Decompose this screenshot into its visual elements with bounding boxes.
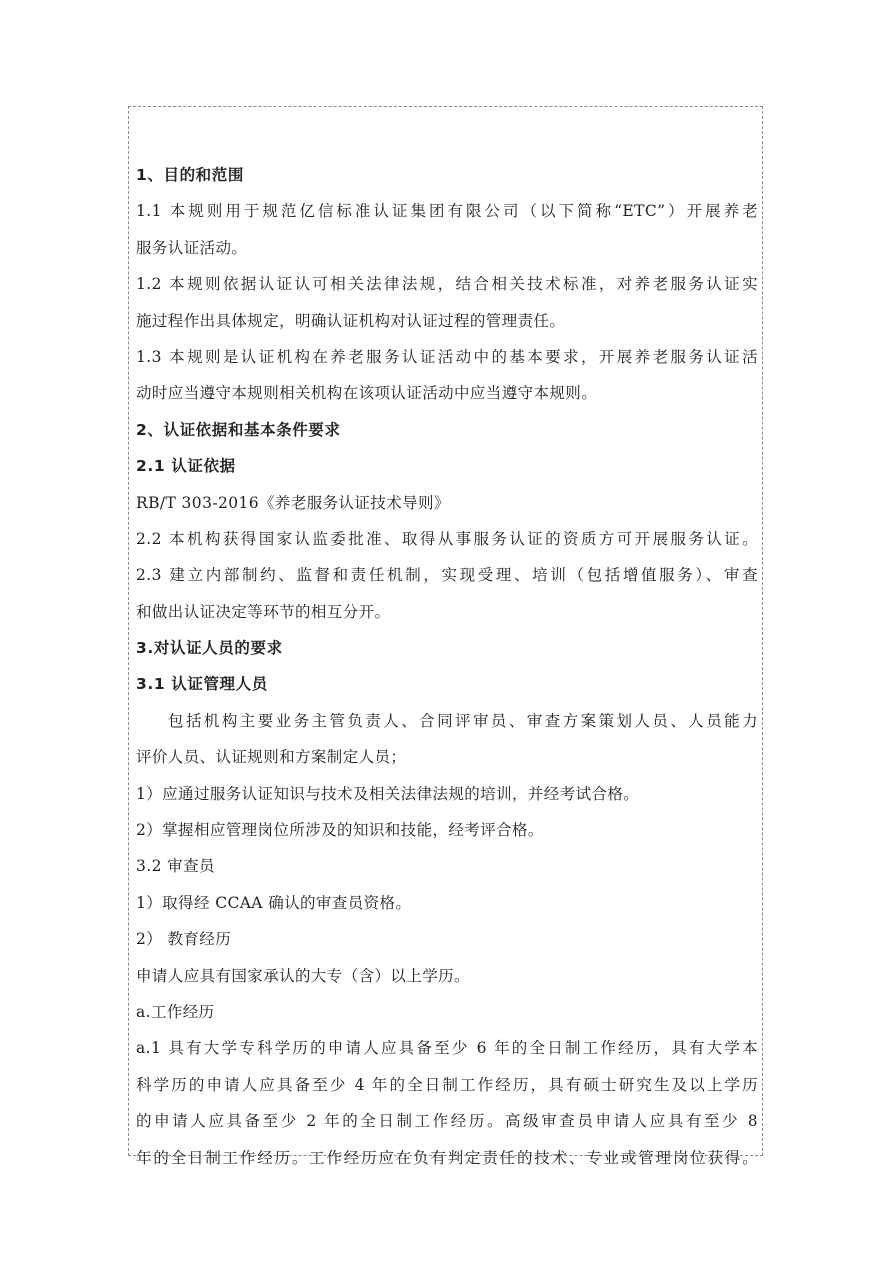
paragraph-1-2-line-1: 1.2 本规则依据认证认可相关法律法规，结合相关技术标准，对养老服务认证实 xyxy=(136,266,758,302)
work-experience-heading: a.工作经历 xyxy=(136,994,758,1030)
document-content: 1、目的和范围 1.1 本规则用于规范亿信标准认证集团有限公司（以下简称“ETC… xyxy=(136,157,758,1176)
list-item-3-2-1: 1）取得经 CCAA 确认的审查员资格。 xyxy=(136,885,758,921)
paragraph-a1-line-2: 科学历的申请人应具备至少 4 年的全日制工作经历，具有硕士研究生及以上学历 xyxy=(136,1067,758,1103)
list-item-3-2-2: 2） 教育经历 xyxy=(136,921,758,957)
section-heading-1: 1、目的和范围 xyxy=(136,157,758,193)
paragraph-2-3-line-1: 2.3 建立内部制约、监督和责任机制，实现受理、培训（包括增值服务）、审查 xyxy=(136,557,758,593)
paragraph-1-1-line-1: 1.1 本规则用于规范亿信标准认证集团有限公司（以下简称“ETC”）开展养老 xyxy=(136,193,758,229)
subsection-heading-3-2: 3.2 审查员 xyxy=(136,848,758,884)
section-heading-2: 2、认证依据和基本条件要求 xyxy=(136,412,758,448)
paragraph-3-1-line-1: 包括机构主要业务主管负责人、合同评审员、审查方案策划人员、人员能力 xyxy=(136,703,758,739)
paragraph-1-3-line-2: 动时应当遵守本规则相关机构在该项认证活动中应当遵守本规则。 xyxy=(136,375,758,411)
paragraph-3-1-line-2: 评价人员、认证规则和方案制定人员； xyxy=(136,739,758,775)
paragraph-1-3-line-1: 1.3 本规则是认证机构在养老服务认证活动中的基本要求，开展养老服务认证活 xyxy=(136,339,758,375)
paragraph-1-1-line-2: 服务认证活动。 xyxy=(136,230,758,266)
subsection-heading-3-1: 3.1 认证管理人员 xyxy=(136,666,758,702)
subsection-heading-2-1: 2.1 认证依据 xyxy=(136,448,758,484)
paragraph-a1-line-1: a.1 具有大学专科学历的申请人应具备至少 6 年的全日制工作经历，具有大学本 xyxy=(136,1030,758,1066)
paragraph-a1-line-4: 年的全日制工作经历。工作经历应在负有判定责任的技术、专业或管理岗位获得。 xyxy=(136,1140,758,1176)
document-page-frame: 1、目的和范围 1.1 本规则用于规范亿信标准认证集团有限公司（以下简称“ETC… xyxy=(128,106,763,1156)
list-item-3-1-2: 2）掌握相应管理岗位所涉及的知识和技能，经考评合格。 xyxy=(136,812,758,848)
list-item-3-1-1: 1）应通过服务认证知识与技术及相关法律法规的培训，并经考试合格。 xyxy=(136,776,758,812)
education-requirement: 申请人应具有国家承认的大专（含）以上学历。 xyxy=(136,958,758,994)
paragraph-1-2-line-2: 施过程作出具体规定，明确认证机构对认证过程的管理责任。 xyxy=(136,303,758,339)
standard-reference: RB/T 303-2016《养老服务认证技术导则》 xyxy=(136,485,758,521)
paragraph-2-3-line-2: 和做出认证决定等环节的相互分开。 xyxy=(136,594,758,630)
section-heading-3: 3.对认证人员的要求 xyxy=(136,630,758,666)
paragraph-a1-line-3: 的申请人应具备至少 2 年的全日制工作经历。高级审查员申请人应具有至少 8 xyxy=(136,1103,758,1139)
paragraph-2-2: 2.2 本机构获得国家认监委批准、取得从事服务认证的资质方可开展服务认证。 xyxy=(136,521,758,557)
